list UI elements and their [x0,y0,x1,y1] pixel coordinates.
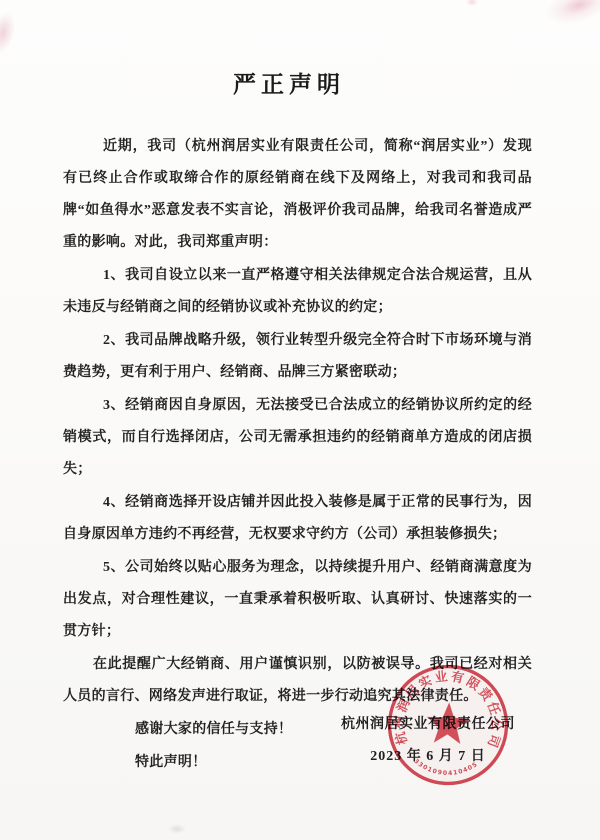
scan-smudge-top-right [540,0,600,32]
intro-paragraph: 近期，我司（杭州润居实业有限责任公司，简称“润居实业”）发现有已终止合作或取缔合… [63,131,532,259]
scan-smudge-bottom [168,824,186,834]
statement-point-4: 4、经销商选择开设店铺并因此投入装修是属于正常的民事行为，因自身原因单方违约不再… [63,487,532,551]
statement-point-2: 2、我司品牌战略升级，领行业转型升级完全符合时下市场环境与消费趋势，更有利于用户… [63,325,532,389]
company-seal: 杭州润居实业有限责任公司 3301090410405 [379,656,518,795]
statement-point-5: 5、公司始终以贴心服务为理念，以持续提升用户、经销商满意度为出发点，对合理性建议… [63,552,532,648]
page-title: 严正声明 [0,72,578,98]
statement-point-3: 3、经销商因自身原因，无法接受已合法成立的经销协议所约定的经销模式，而自行选择闭… [63,390,532,486]
scan-smudge-top-left [0,10,19,56]
statement-point-1: 1、我司自设立以来一直严格遵守相关法律规定合法合规运营，且从未违反与经销商之间的… [63,260,532,324]
scanned-statement-page: 严正声明 近期，我司（杭州润居实业有限责任公司，简称“润居实业”）发现有已终止合… [0,0,600,840]
scan-smudge-dot [466,0,478,6]
